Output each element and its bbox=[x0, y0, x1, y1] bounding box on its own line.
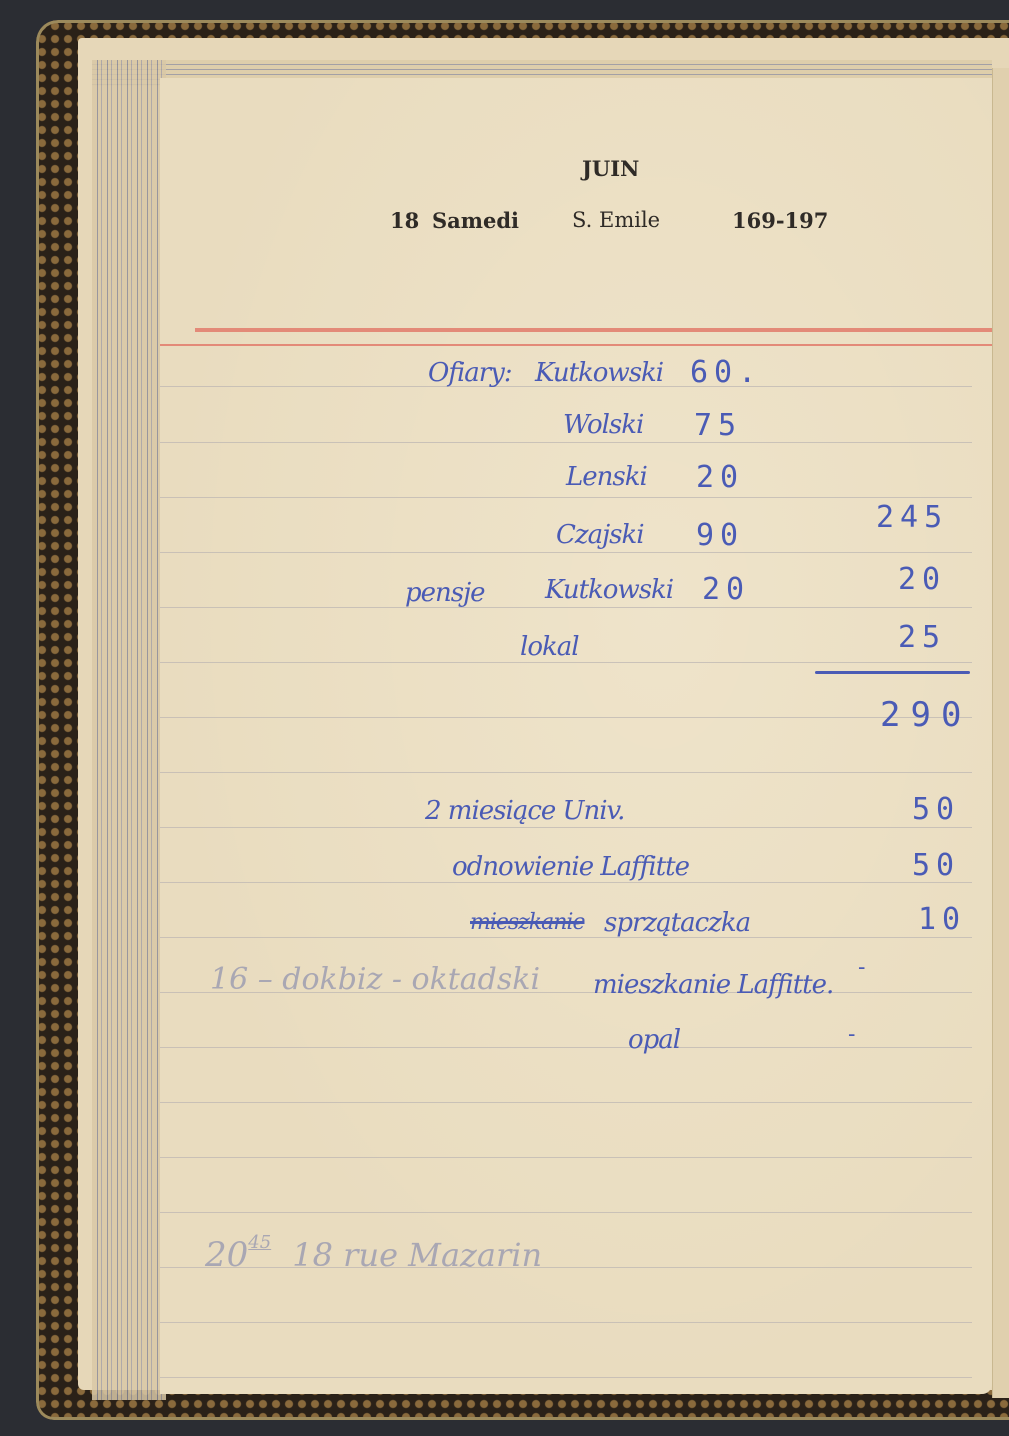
subtotal: 25 bbox=[898, 620, 946, 655]
ink-note: opal bbox=[628, 1025, 680, 1055]
ruled-line bbox=[160, 827, 972, 828]
donor-name: Lenski bbox=[566, 462, 647, 492]
pencil-time-minutes: 45 bbox=[248, 1232, 271, 1253]
dash-mark: - bbox=[858, 955, 865, 980]
expense-amount: 50 bbox=[912, 792, 960, 827]
donor-amount: 20 bbox=[702, 572, 750, 607]
expense-amount: 50 bbox=[912, 848, 960, 883]
subtotal: 245 bbox=[876, 500, 948, 535]
weekday: Samedi bbox=[432, 208, 519, 233]
grand-total: 290 bbox=[880, 695, 971, 735]
ruled-line bbox=[160, 1102, 972, 1103]
diary-page bbox=[160, 78, 992, 1394]
donor-name: Wolski bbox=[563, 410, 643, 440]
ruled-line bbox=[160, 937, 972, 938]
day-number: 18 bbox=[390, 208, 419, 233]
expense-label: sprzątaczka bbox=[604, 908, 750, 938]
ruled-line bbox=[160, 552, 972, 553]
sum-underline bbox=[815, 671, 970, 674]
donor-name: Kutkowski bbox=[535, 358, 663, 388]
item-label: lokal bbox=[520, 632, 579, 662]
pencil-time: 20 bbox=[205, 1235, 248, 1275]
ruled-line bbox=[160, 1322, 972, 1323]
ruled-line bbox=[160, 882, 972, 883]
day-of-year: 169-197 bbox=[732, 208, 828, 233]
ruled-line bbox=[160, 717, 972, 718]
ruled-line bbox=[160, 1157, 972, 1158]
month-heading: JUIN bbox=[582, 156, 639, 181]
pencil-note: 16 – dokbiz - oktadski bbox=[210, 962, 540, 997]
donor-amount: 90 bbox=[696, 518, 744, 553]
next-page-edge bbox=[992, 68, 1009, 1398]
ruled-line bbox=[160, 1212, 972, 1213]
section-label: Ofiary: bbox=[428, 358, 512, 388]
ruled-line bbox=[160, 497, 972, 498]
expense-label: 2 miesiące Univ. bbox=[425, 796, 624, 826]
red-rule-bottom bbox=[160, 344, 992, 346]
ink-note: mieszkanie Laffitte. bbox=[593, 970, 833, 1000]
struck-expense-label: mieszkanie bbox=[470, 910, 584, 935]
donor-amount: 20 bbox=[696, 460, 744, 495]
expense-amount: 10 bbox=[918, 902, 966, 937]
ruled-line bbox=[160, 1377, 972, 1378]
saint-name: S. Emile bbox=[572, 208, 660, 232]
group-label: pensje bbox=[405, 578, 485, 608]
dash-mark: - bbox=[848, 1022, 855, 1047]
subtotal: 20 bbox=[898, 562, 946, 597]
ruled-line bbox=[160, 1047, 972, 1048]
red-rule-top bbox=[195, 328, 992, 332]
page-edges-left bbox=[92, 60, 166, 1400]
donor-amount: 60. bbox=[690, 355, 762, 390]
ruled-line bbox=[160, 772, 972, 773]
ruled-line bbox=[160, 607, 972, 608]
donor-amount: 75 bbox=[694, 408, 742, 443]
expense-label: odnowienie Laffitte bbox=[452, 852, 689, 882]
donor-name: Czajski bbox=[556, 520, 644, 550]
ruled-line bbox=[160, 662, 972, 663]
donor-name: Kutkowski bbox=[545, 575, 673, 605]
pencil-appointment: 2045 18 rue Mazarin bbox=[205, 1232, 542, 1275]
pencil-address: 18 rue Mazarin bbox=[292, 1236, 542, 1274]
ruled-line bbox=[160, 442, 972, 443]
